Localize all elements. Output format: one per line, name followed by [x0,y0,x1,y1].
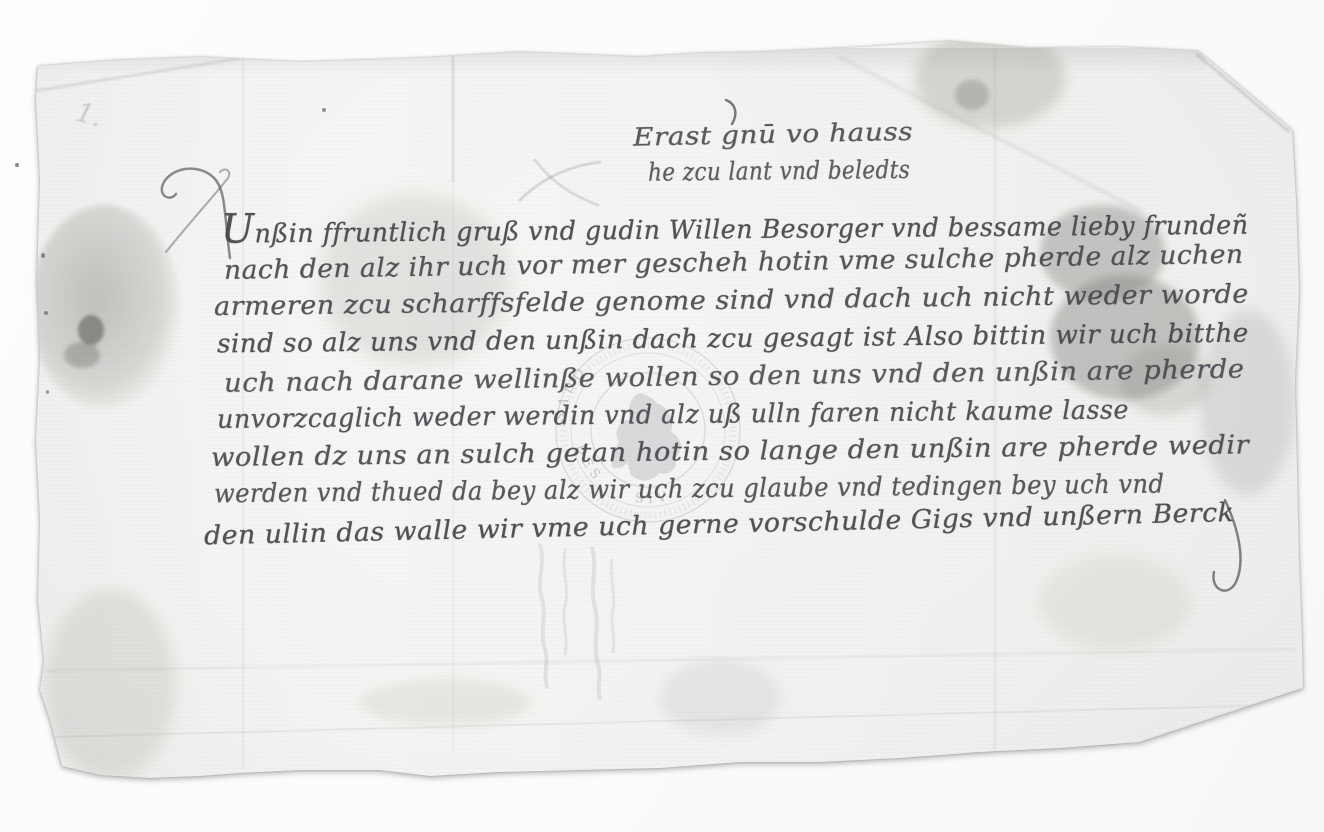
manuscript-text: he zcu lant vnd beledts [648,155,910,187]
ink-blot [30,205,180,410]
ghost-mark [540,545,547,687]
ink-speck [41,253,45,258]
manuscript-header-line: Erast gnū vo hauss [633,117,885,151]
ink-speck [322,108,326,112]
ink-flourish [166,170,229,252]
ink-blot-core [78,315,104,345]
ghost-mark [520,162,600,200]
initial-flourish [162,169,230,258]
paper-sheet: SADO DES SIV [0,0,1324,832]
manuscript-text: unvorzcaglich weder werdin vnd alz uß ul… [217,393,1129,437]
corner-cut-shadow [1145,688,1306,743]
paper-wrapper: SADO DES SIV [0,0,1324,832]
stain-top-right [915,28,1065,128]
dust-speck [15,163,19,167]
ghost-mark [611,560,614,652]
ghost-mark [535,160,598,205]
ink-speck [44,311,48,315]
corner-shading [45,590,175,780]
fold-crease [34,55,257,92]
faint-stain [660,660,780,735]
manuscript-text: Erast gnū vo hauss [633,117,914,152]
stain-top-right-core [955,80,989,110]
fold-crease [452,52,454,182]
fold-crease [40,648,1295,672]
pencil-mark: 1. [73,97,105,133]
top-edge-shading [36,48,1206,74]
fold-crease [55,704,1295,738]
faint-stain [1040,555,1190,650]
faint-stain [360,680,530,725]
ghost-mark [592,548,600,698]
corner-cut-shadow [1195,52,1290,133]
ink-blot-core [64,342,100,368]
ink-speck [46,390,49,394]
ghost-mark [564,550,567,654]
document-scan: SADO DES SIV [0,0,1324,832]
manuscript-header-line: he zcu lant vnd beledts [648,154,953,186]
